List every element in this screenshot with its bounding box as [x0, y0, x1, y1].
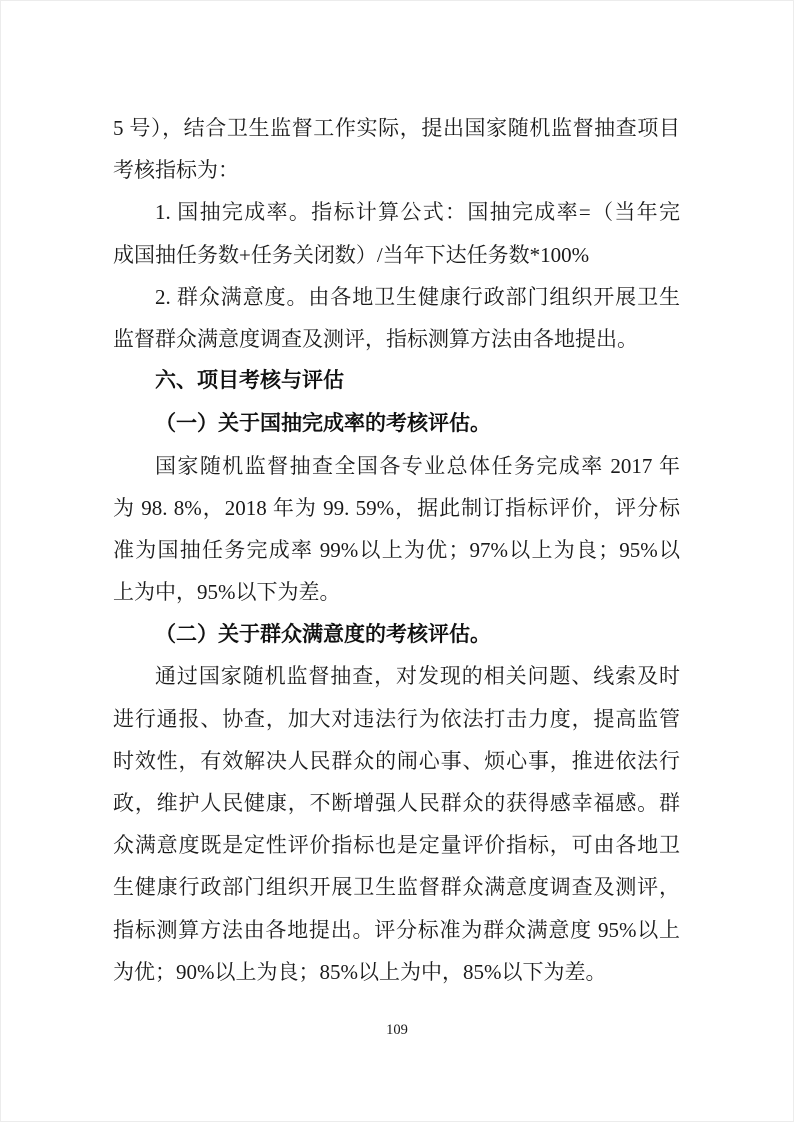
- document-body: 5 号），结合卫生监督工作实际，提出国家随机监督抽查项目 考核指标为： 1. 国…: [113, 107, 680, 993]
- subsection-heading-one: （一）关于国抽完成率的考核评估。: [113, 402, 680, 444]
- page-number: 109: [0, 1022, 794, 1039]
- text-line: 成国抽任务数+任务关闭数）/当年下达任务数*100%: [113, 234, 680, 276]
- text-line: 国家随机监督抽查全国各专业总体任务完成率 2017 年: [113, 445, 680, 487]
- text-line: 为优；90%以上为良；85%以上为中，85%以下为差。: [113, 951, 680, 993]
- text-line: 考核指标为：: [113, 149, 680, 191]
- section-heading-six: 六、项目考核与评估: [113, 360, 680, 402]
- text-line: 通过国家随机监督抽查，对发现的相关问题、线索及时: [113, 655, 680, 697]
- text-line: 政，维护人民健康，不断增强人民群众的获得感幸福感。群: [113, 782, 680, 824]
- text-line-list-item-2: 2. 群众满意度。由各地卫生健康行政部门组织开展卫生: [113, 276, 680, 318]
- text-line: 时效性，有效解决人民群众的闹心事、烦心事，推进依法行: [113, 740, 680, 782]
- text-line: 生健康行政部门组织开展卫生监督群众满意度调查及测评，: [113, 866, 680, 908]
- text-line: 进行通报、协查，加大对违法行为依法打击力度，提高监管: [113, 698, 680, 740]
- subsection-heading-two: （二）关于群众满意度的考核评估。: [113, 613, 680, 655]
- text-line: 5 号），结合卫生监督工作实际，提出国家随机监督抽查项目: [113, 107, 680, 149]
- text-line: 监督群众满意度调查及测评，指标测算方法由各地提出。: [113, 318, 680, 360]
- text-line: 众满意度既是定性评价指标也是定量评价指标，可由各地卫: [113, 824, 680, 866]
- text-line: 为 98. 8%，2018 年为 99. 59%，据此制订指标评价，评分标: [113, 487, 680, 529]
- text-line: 指标测算方法由各地提出。评分标准为群众满意度 95%以上: [113, 909, 680, 951]
- text-line: 上为中，95%以下为差。: [113, 571, 680, 613]
- text-line-list-item-1: 1. 国抽完成率。指标计算公式：国抽完成率=（当年完: [113, 191, 680, 233]
- document-page: { "document": { "lines": [ "5 号），结合卫生监督工…: [0, 0, 794, 1122]
- text-line: 准为国抽任务完成率 99%以上为优；97%以上为良；95%以: [113, 529, 680, 571]
